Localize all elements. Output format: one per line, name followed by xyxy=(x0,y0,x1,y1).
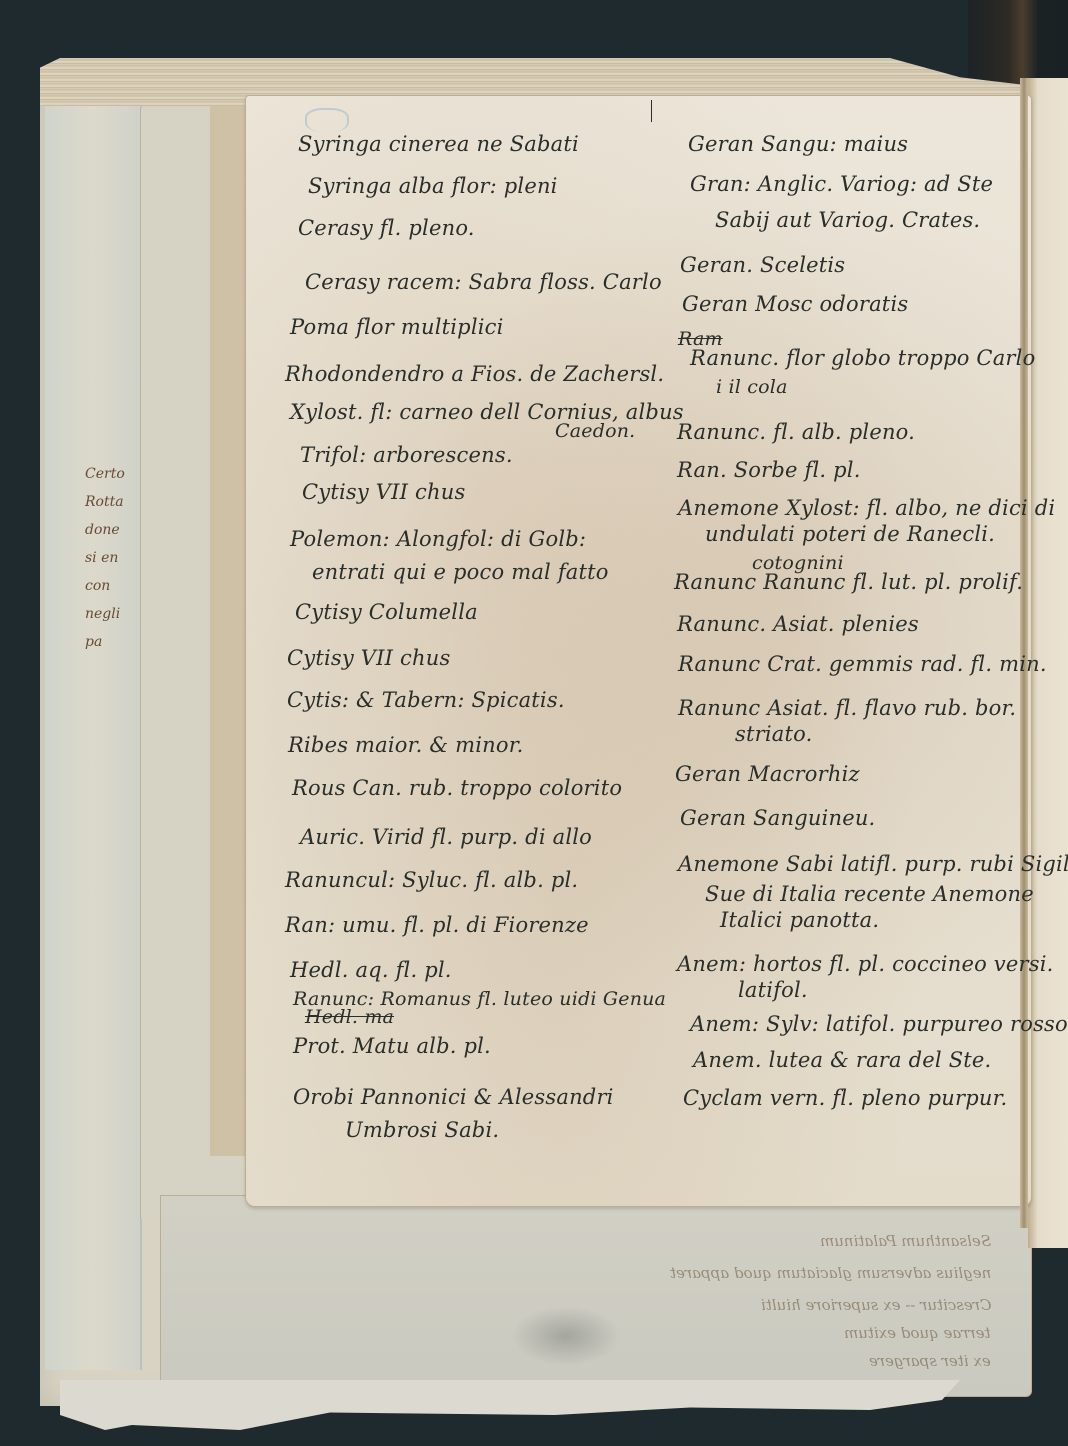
entry-line: Cyclam vern. fl. pleno purpur. xyxy=(683,1086,1007,1110)
entry-line: Geran Sanguineu. xyxy=(680,806,875,830)
entry-line: Geran Macrorhiz xyxy=(675,762,860,786)
entry-line: Cerasy racem: Sabra floss. Carlo xyxy=(305,270,662,294)
entry-line: Ranunc. fl. alb. pleno. xyxy=(677,420,915,444)
entry-line: undulati poteri de Ranecli. xyxy=(705,522,995,546)
entry-line: Trifol: arborescens. xyxy=(300,443,513,467)
entry-line: Cytisy VII chus xyxy=(302,480,465,504)
bleed-through-line: terrae quod exitum xyxy=(844,1324,991,1342)
entry-line: Ranunc Crat. gemmis rad. fl. min. xyxy=(678,652,1047,676)
bleed-through-line: Selsanthum Palatinum xyxy=(820,1232,991,1250)
entry-line: latifol. xyxy=(738,978,808,1002)
margin-slip-line: si en xyxy=(85,544,125,572)
margin-slip-line: done xyxy=(85,516,125,544)
entry-line: Cerasy fl. pleno. xyxy=(298,216,475,240)
margin-slip-line: pa xyxy=(85,628,125,656)
entry-line: Syringa alba flor: pleni xyxy=(308,174,558,198)
binding-strip xyxy=(968,0,1068,90)
entry-line: entrati qui e poco mal fatto xyxy=(312,560,609,584)
margin-slip-line: Rotta xyxy=(85,488,125,516)
entry-line: Geran. Sceletis xyxy=(680,253,845,277)
entry-line: Sue di Italia recente Anemone xyxy=(705,882,1034,906)
margin-slip-line: negli xyxy=(85,600,125,628)
entry-line: Umbrosi Sabi. xyxy=(345,1118,499,1142)
column-mark xyxy=(651,100,652,122)
entry-line: Poma flor multiplici xyxy=(290,315,504,339)
entry-line: Gran: Anglic. Variog: ad Ste xyxy=(690,172,993,196)
entry-line: Ran. Sorbe fl. pl. xyxy=(677,458,861,482)
entry-line: Rous Can. rub. troppo colorito xyxy=(292,776,622,800)
faint-blue-mark xyxy=(305,108,349,132)
entry-line: Ranunc Ranunc fl. lut. pl. prolif. xyxy=(674,570,1023,594)
struck-entry-line: Hedl. ma xyxy=(305,1006,394,1028)
entry-line: Geran Mosc odoratis xyxy=(682,292,908,316)
bottom-slip: Selsanthum Palatinum neglius adversum gl… xyxy=(160,1195,1032,1397)
entry-line: Geran Sangu: maius xyxy=(688,132,908,156)
entry-line: Cytisy VII chus xyxy=(287,646,450,670)
entry-line: Rhodondendro a Fios. de Zachersl. xyxy=(285,362,664,386)
entry-line: Ribes maior. & minor. xyxy=(288,733,524,757)
torn-bottom-edge xyxy=(60,1380,960,1430)
entry-line: Anemone Sabi latifl. purp. rubi Sigil xyxy=(678,852,1068,876)
bleed-through-line: Crescitur -- ex superiore hiulti xyxy=(761,1296,991,1314)
margin-slip-line: Certo xyxy=(85,460,125,488)
entry-line: Anemone Xylost: fl. albo, ne dici di xyxy=(678,496,1055,520)
entry-line: Ranunc. Asiat. plenies xyxy=(677,612,919,636)
entry-line: Hedl. aq. fl. pl. xyxy=(290,958,452,982)
entry-line: Ranunc Asiat. fl. flavo rub. bor. xyxy=(678,696,1016,720)
margin-slip-text: Certo Rotta done si en con negli pa xyxy=(85,460,125,656)
entry-line: Auric. Virid fl. purp. di allo xyxy=(300,825,592,849)
entry-line: Prot. Matu alb. pl. xyxy=(293,1034,491,1058)
entry-line: Caedon. xyxy=(555,420,635,442)
entry-line: Syringa cinerea ne Sabati xyxy=(298,132,579,156)
bleed-through-line: neglius adversum glaciatum quod apparet xyxy=(670,1264,991,1282)
entry-line: i il cola xyxy=(716,376,788,398)
bleed-through-line: ex iter spargere xyxy=(869,1352,991,1370)
entry-line: Ranunc. flor globo troppo Carlo xyxy=(690,346,1035,370)
entry-line: Sabij aut Variog. Crates. xyxy=(715,208,980,232)
entry-line: Anem. lutea & rara del Ste. xyxy=(693,1048,991,1072)
entry-line: Ran: umu. fl. pl. di Fiorenze xyxy=(285,913,589,937)
margin-slip-line: con xyxy=(85,572,125,600)
entry-line: Cytis: & Tabern: Spicatis. xyxy=(287,688,565,712)
entry-line: Anem: hortos fl. pl. coccineo versi. xyxy=(677,952,1053,976)
entry-line: Orobi Pannonici & Alessandri xyxy=(293,1085,614,1109)
entry-line: Cytisy Columella xyxy=(295,600,478,624)
entry-line: Anem: Sylv: latifol. purpureo rosso. xyxy=(690,1012,1068,1036)
ink-stain xyxy=(511,1306,621,1366)
margin-slip: Certo Rotta done si en con negli pa xyxy=(45,100,142,1370)
entry-line: striato. xyxy=(735,722,812,746)
entry-line: Polemon: Alongfol: di Golb: xyxy=(290,527,586,551)
entry-line: Italici panotta. xyxy=(720,908,879,932)
entry-line: Ranuncul: Syluc. fl. alb. pl. xyxy=(285,868,578,892)
